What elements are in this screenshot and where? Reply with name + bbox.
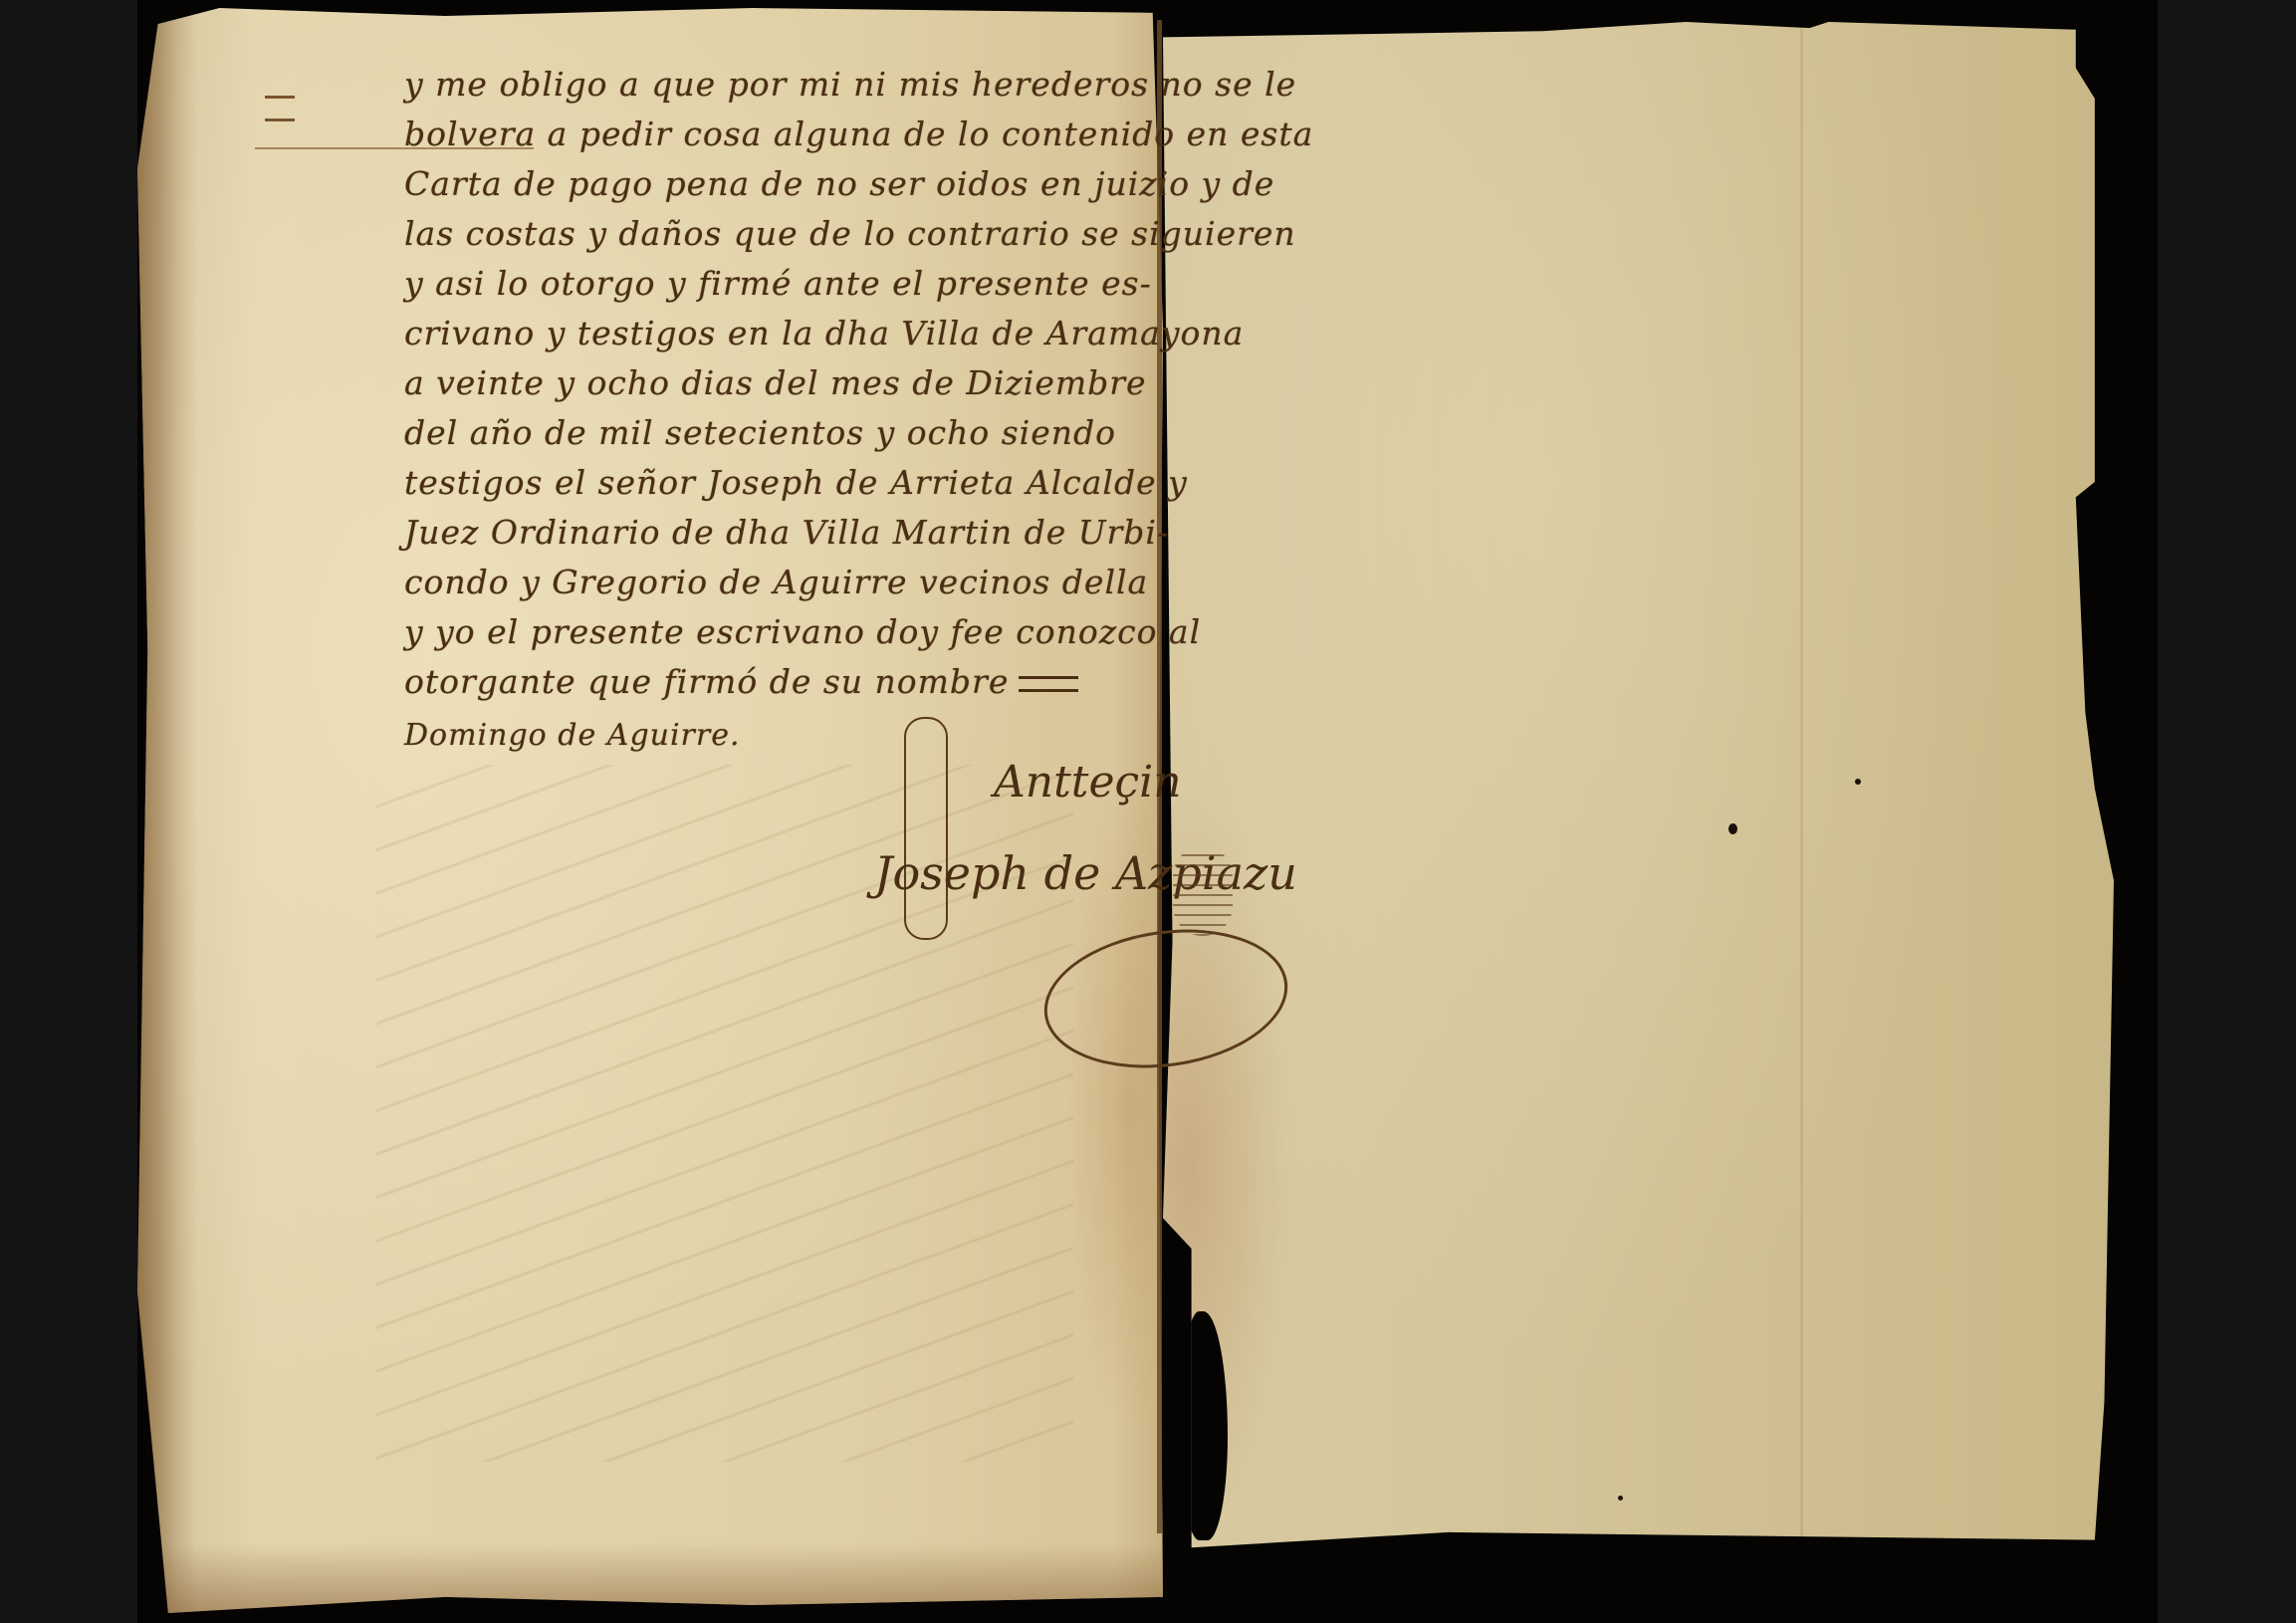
text-line: y asi lo otorgo y firmé ante el presente… xyxy=(404,259,1300,309)
notary-rubric-loop xyxy=(1035,915,1297,1083)
text-line: Carta de pago pena de no ser oidos en ju… xyxy=(404,159,1300,209)
text-line: a veinte y ocho dias del mes de Diziembr… xyxy=(404,358,1300,408)
worm-hole xyxy=(1618,1496,1623,1501)
worm-hole xyxy=(1728,823,1737,834)
manuscript-scan: y me obligo a que por mi ni mis heredero… xyxy=(137,0,2158,1623)
signature-block: Antteçin Joseph de Azpiazu xyxy=(814,707,1272,1065)
notary-rubric-coil xyxy=(1173,846,1233,936)
signature-flourish xyxy=(904,717,948,940)
text-line: crivano y testigos en la dha Villa de Ar… xyxy=(404,309,1300,358)
margin-mark xyxy=(265,96,295,121)
text-line-content: otorgante que firmó de su nombre xyxy=(404,662,1009,701)
text-line: condo y Gregorio de Aguirre vecinos dell… xyxy=(404,558,1300,607)
text-line: del año de mil setecientos y ocho siendo xyxy=(404,408,1300,458)
text-line: y me obligo a que por mi ni mis heredero… xyxy=(404,60,1300,110)
text-line: las costas y daños que de lo contrario s… xyxy=(404,209,1300,259)
text-line: Juez Ordinario de dha Villa Martin de Ur… xyxy=(404,508,1300,558)
signature-witness: Antteçin xyxy=(994,757,1182,808)
text-line: otorgante que firmó de su nombre xyxy=(404,657,1300,707)
right-page xyxy=(1163,22,2114,1555)
page-fold-line xyxy=(1800,22,1803,1555)
text-line: bolvera a pedir cosa alguna de lo conten… xyxy=(404,110,1300,159)
worm-hole xyxy=(1855,779,1861,785)
manuscript-text: y me obligo a que por mi ni mis heredero… xyxy=(404,60,1300,761)
signature-notary: Joseph de Azpiazu xyxy=(874,846,1297,900)
line-filler-mark xyxy=(1019,676,1078,692)
text-line: testigos el señor Joseph de Arrieta Alca… xyxy=(404,458,1300,508)
text-line: y yo el presente escrivano doy fee conoz… xyxy=(404,607,1300,657)
